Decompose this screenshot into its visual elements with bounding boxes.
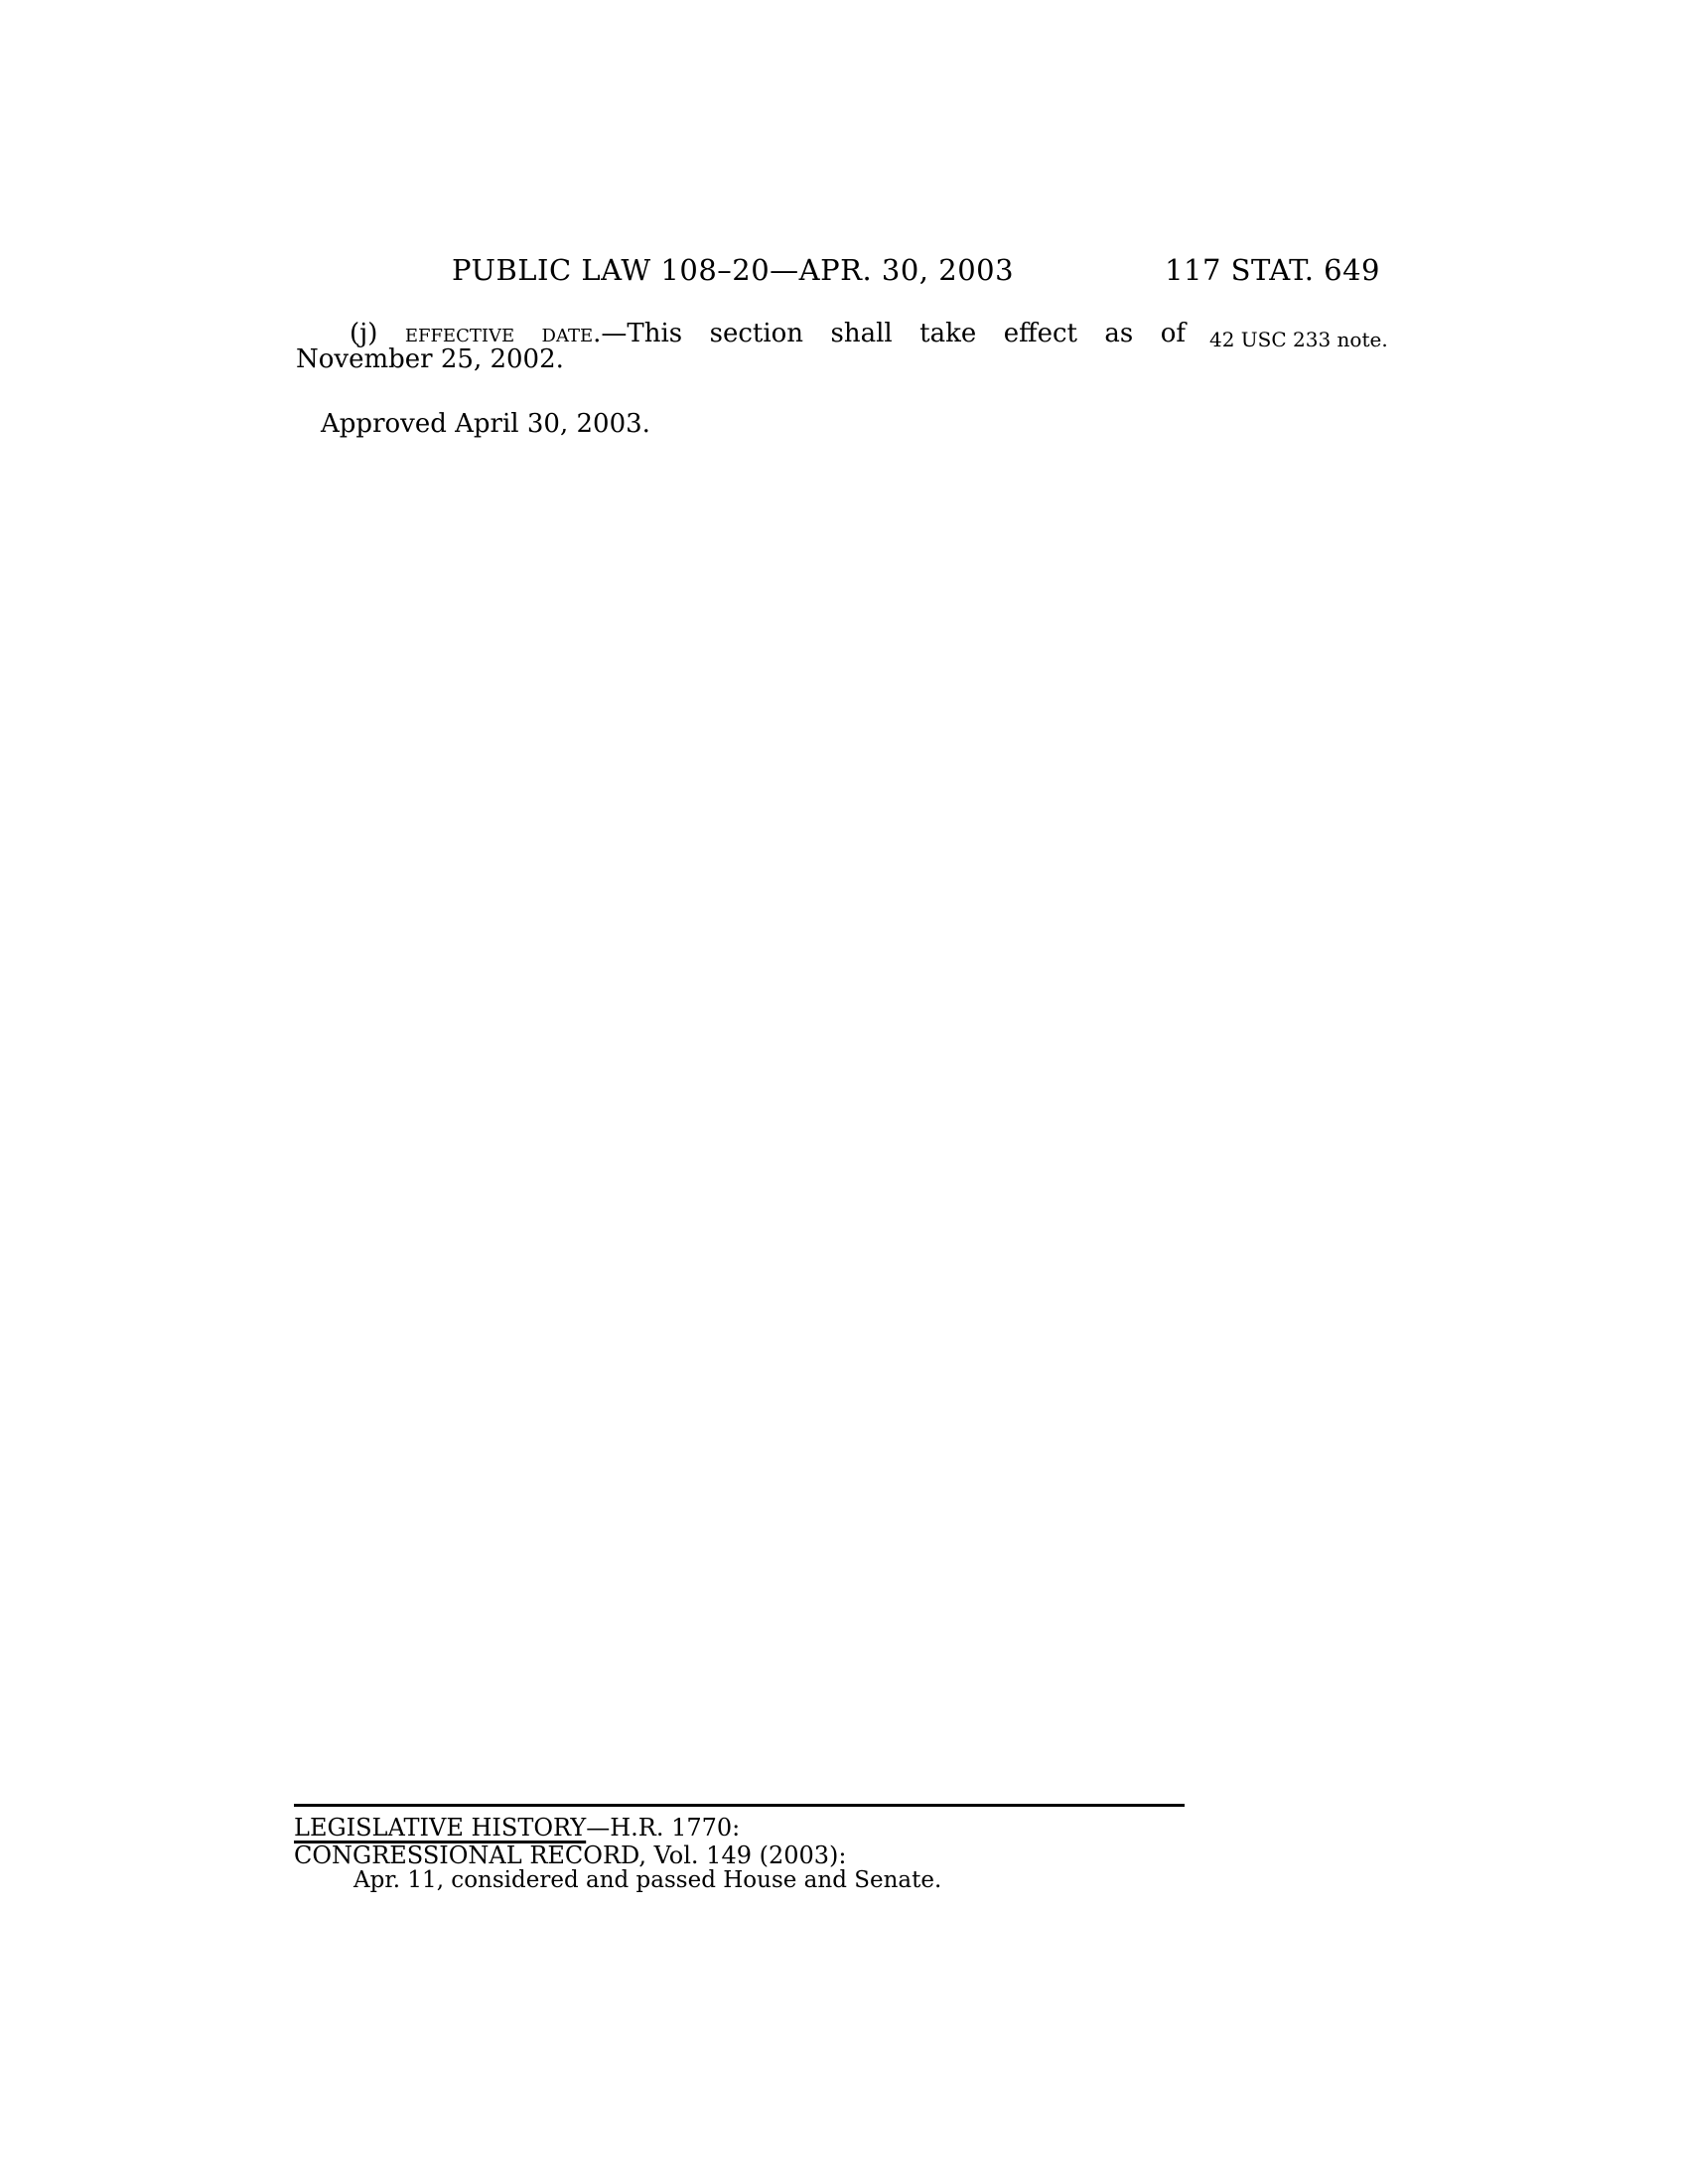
- header-stat-page: 117 STAT. 649: [1165, 256, 1380, 285]
- document-page: PUBLIC LAW 108–20—APR. 30, 2003 117 STAT…: [0, 0, 1688, 2184]
- legislative-history-heading-underlined: LEGISLATIVE HISTORY: [294, 1814, 586, 1842]
- congressional-record-line: CONGRESSIONAL RECORD, Vol. 149 (2003):: [294, 1843, 847, 1867]
- approved-line: Approved April 30, 2003.: [321, 411, 650, 437]
- section-j-line1-rest: .—This section shall take effect as of: [593, 319, 1186, 348]
- header-law-title: PUBLIC LAW 108–20—APR. 30, 2003: [452, 256, 1014, 285]
- congressional-record-detail: Apr. 11, considered and passed House and…: [353, 1869, 941, 1892]
- usc-margin-note: 42 USC 233 note.: [1209, 328, 1388, 351]
- section-j-line2: November 25, 2002.: [296, 346, 564, 372]
- section-j-line1: (j) Effective Date.—This section shall t…: [296, 321, 1186, 346]
- legislative-history-heading: LEGISLATIVE HISTORY—H.R. 1770:: [294, 1816, 740, 1840]
- legislative-history-heading-bill: —H.R. 1770:: [586, 1814, 740, 1842]
- footer-horizontal-rule: [294, 1804, 1185, 1807]
